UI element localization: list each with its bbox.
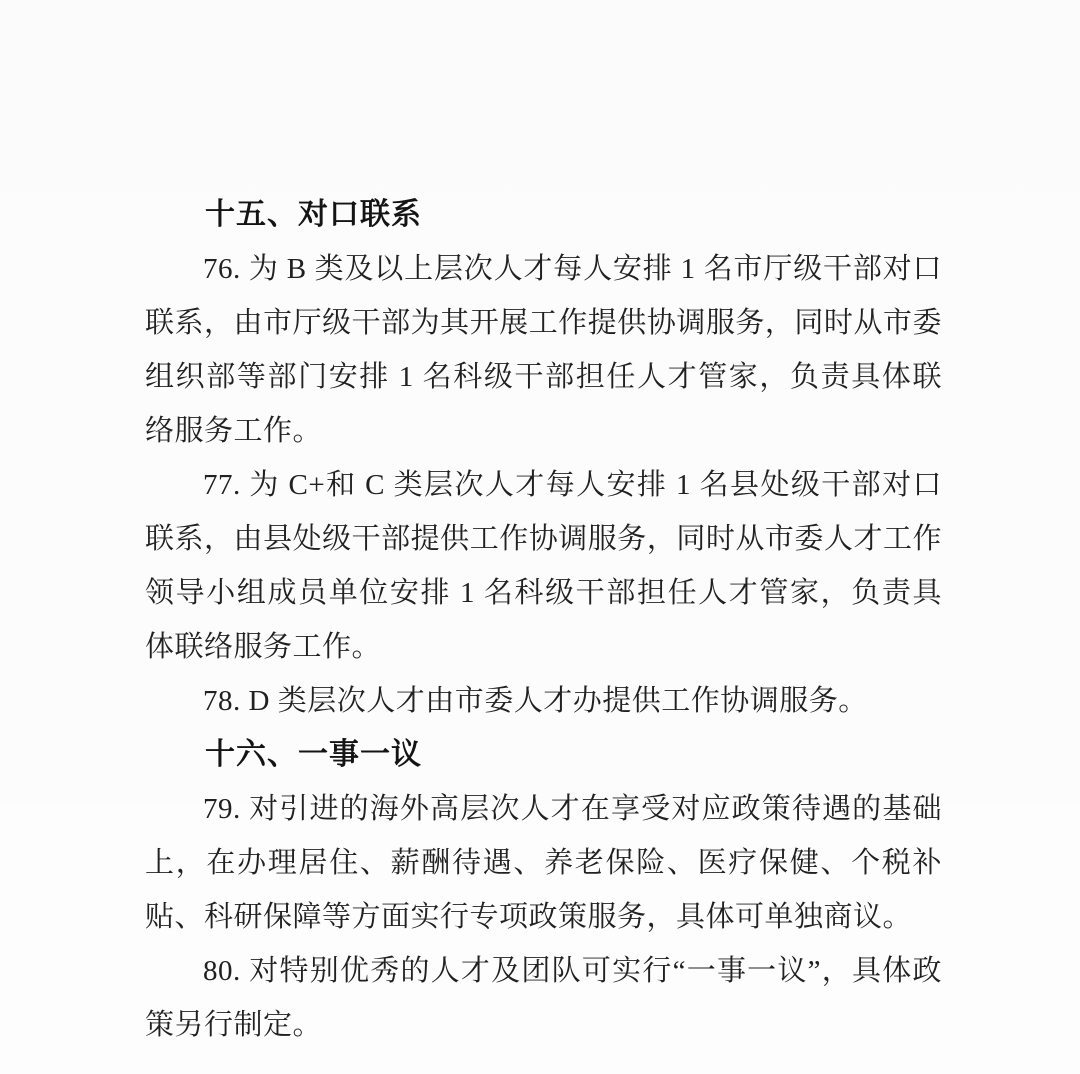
section-heading-15-duikou-lianxi: 十五、对口联系 [145,188,942,242]
policy-item-78: 78. D 类层次人才由市委人才办提供工作协调服务。 [145,674,942,728]
document-page: 十五、对口联系 76. 为 B 类及以上层次人才每人安排 1 名市厅级干部对口联… [0,0,1080,1074]
policy-item-77: 77. 为 C+和 C 类层次人才每人安排 1 名县处级干部对口联系，由县处级干… [145,458,942,674]
section-heading-16-yishi-yiyi: 十六、一事一议 [145,728,942,782]
policy-item-79: 79. 对引进的海外高层次人才在享受对应政策待遇的基础上，在办理居住、薪酬待遇、… [145,782,942,944]
policy-item-80: 80. 对特别优秀的人才及团队可实行“一事一议”，具体政策另行制定。 [145,944,942,1052]
policy-item-76: 76. 为 B 类及以上层次人才每人安排 1 名市厅级干部对口联系，由市厅级干部… [145,242,942,458]
